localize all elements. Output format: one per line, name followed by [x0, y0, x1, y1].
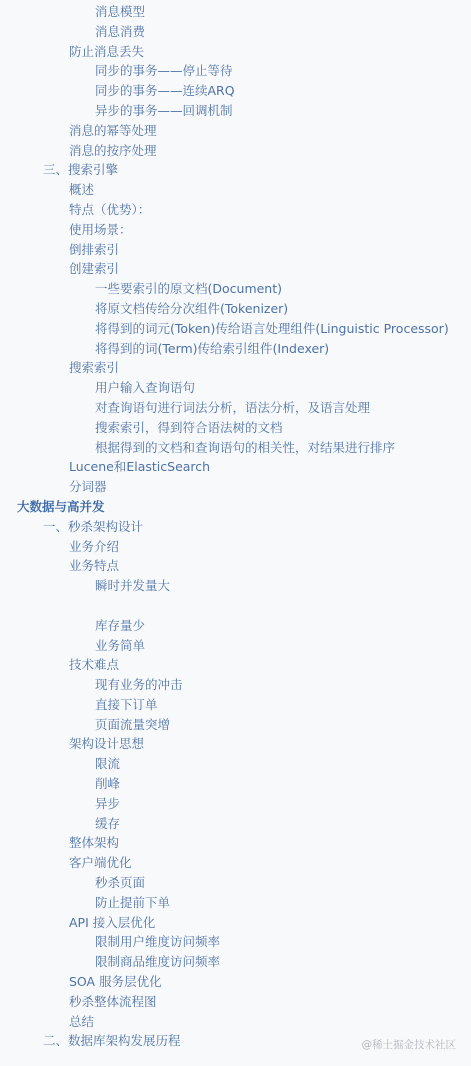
toc-link-level-3[interactable]: 将得到的词元(Token)传给语言处理组件(Linguistic Process…	[0, 319, 471, 339]
toc-link-level-3[interactable]: 异步的事务——回调机制	[0, 101, 471, 121]
toc-link-level-2[interactable]: 搜索索引	[0, 358, 471, 378]
toc-link-level-3[interactable]: 搜索索引，得到符合语法树的文档	[0, 418, 471, 438]
toc-link-level-3[interactable]: 限流	[0, 754, 471, 774]
toc-link-level-3[interactable]: 削峰	[0, 774, 471, 794]
toc-link-level-2[interactable]: 消息的按序处理	[0, 141, 471, 161]
blank-line	[0, 596, 471, 616]
toc-link-level-3[interactable]: 限制商品维度访问频率	[0, 952, 471, 972]
toc-link-level-3[interactable]: 将原文档传给分次组件(Tokenizer)	[0, 299, 471, 319]
toc-link-level-2[interactable]: 防止消息丢失	[0, 42, 471, 62]
toc-link-level-2[interactable]: 创建索引	[0, 259, 471, 279]
toc-link-level-2[interactable]: 概述	[0, 180, 471, 200]
toc-link-level-2[interactable]: 业务介绍	[0, 537, 471, 557]
toc-link-level-2[interactable]: 倒排索引	[0, 240, 471, 260]
toc-link-level-3[interactable]: 秒杀页面	[0, 873, 471, 893]
toc-link-level-2[interactable]: API 接入层优化	[0, 913, 471, 933]
toc-link-level-2[interactable]: 特点（优势）：	[0, 200, 471, 220]
toc-link-level-2[interactable]: 秒杀整体流程图	[0, 992, 471, 1012]
toc-link-level-3[interactable]: 异步	[0, 794, 471, 814]
toc-link-level-3[interactable]: 缓存	[0, 814, 471, 834]
toc-link-level-2[interactable]: 使用场景：	[0, 220, 471, 240]
toc-link-level-3[interactable]: 瞬时并发量大	[0, 576, 471, 596]
toc-link-level-2[interactable]: 客户端优化	[0, 853, 471, 873]
toc-link-level-3[interactable]: 消息消费	[0, 22, 471, 42]
toc-link-level-3[interactable]: 根据得到的文档和查询语句的相关性，对结果进行排序	[0, 438, 471, 458]
toc-link-level-3[interactable]: 消息模型	[0, 2, 471, 22]
toc-link-level-3[interactable]: 对查询语句进行词法分析，语法分析，及语言处理	[0, 398, 471, 418]
toc-link-level-2[interactable]: 总结	[0, 1012, 471, 1032]
toc-link-level-2[interactable]: 技术难点	[0, 655, 471, 675]
toc-link-level-2[interactable]: SOA 服务层优化	[0, 972, 471, 992]
toc-link-level-3[interactable]: 用户输入查询语句	[0, 378, 471, 398]
toc-link-level-1[interactable]: 一、秒杀架构设计	[0, 517, 471, 537]
toc-link-level-3[interactable]: 限制用户维度访问频率	[0, 932, 471, 952]
toc-section-heading[interactable]: 大数据与高并发	[0, 497, 471, 517]
toc-link-level-3[interactable]: 将得到的词(Term)传给索引组件(Indexer)	[0, 339, 471, 359]
toc-link-level-2[interactable]: 整体架构	[0, 833, 471, 853]
table-of-contents: 消息模型消息消费防止消息丢失同步的事务——停止等待同步的事务——连续ARQ异步的…	[0, 2, 471, 1051]
toc-link-level-2[interactable]: 消息的幂等处理	[0, 121, 471, 141]
toc-link-level-3[interactable]: 直接下订单	[0, 695, 471, 715]
toc-link-level-3[interactable]: 防止提前下单	[0, 893, 471, 913]
toc-link-level-3[interactable]: 同步的事务——停止等待	[0, 61, 471, 81]
watermark: @稀土掘金技术社区	[362, 1037, 457, 1052]
toc-link-level-2[interactable]: 分词器	[0, 477, 471, 497]
toc-link-level-1[interactable]: 三、搜索引擎	[0, 160, 471, 180]
toc-link-level-3[interactable]: 业务简单	[0, 636, 471, 656]
toc-link-level-2[interactable]: Lucene和ElasticSearch	[0, 457, 471, 477]
toc-link-level-3[interactable]: 现有业务的冲击	[0, 675, 471, 695]
toc-link-level-3[interactable]: 同步的事务——连续ARQ	[0, 81, 471, 101]
toc-link-level-2[interactable]: 架构设计思想	[0, 734, 471, 754]
toc-link-level-2[interactable]: 业务特点	[0, 556, 471, 576]
toc-link-level-3[interactable]: 一些要索引的原文档(Document)	[0, 279, 471, 299]
toc-link-level-3[interactable]: 页面流量突增	[0, 715, 471, 735]
toc-link-level-3[interactable]: 库存量少	[0, 616, 471, 636]
